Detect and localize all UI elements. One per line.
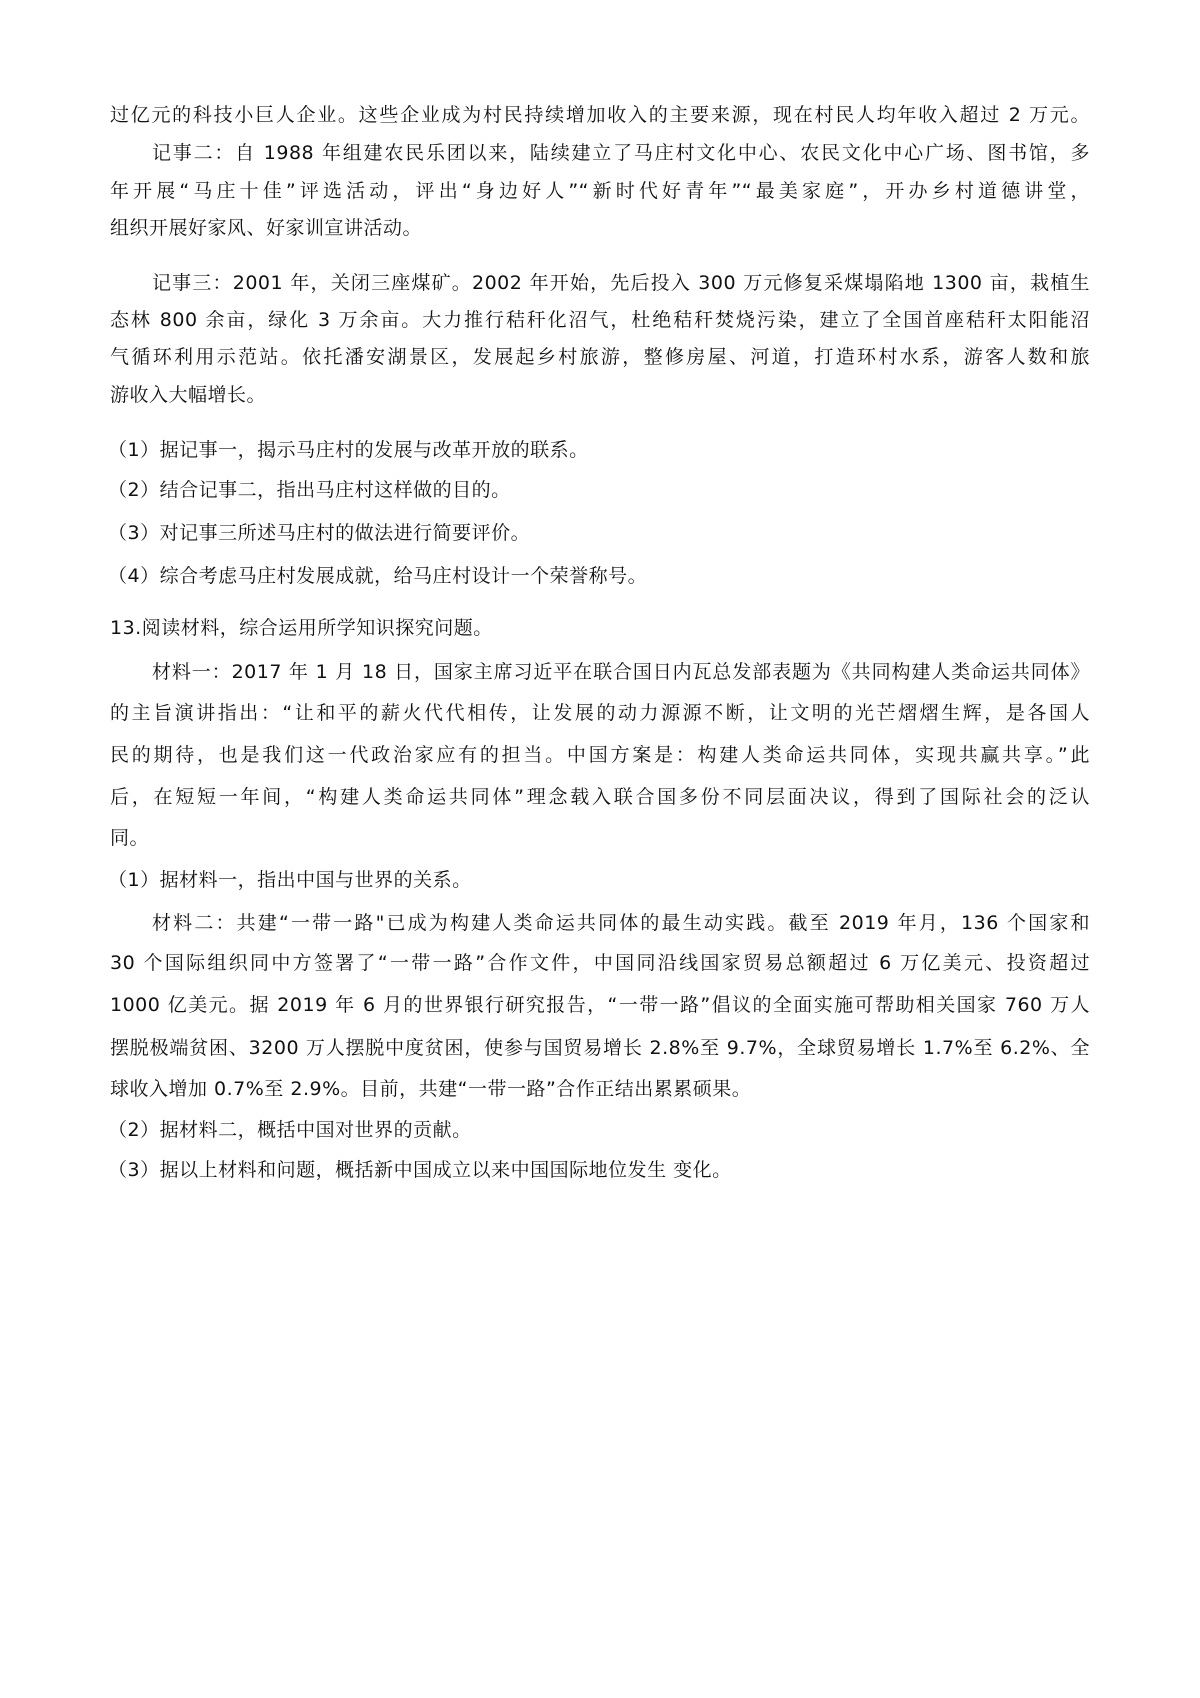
question-line: （3）据以上材料和问题，概括新中国成立以来中国国际地位发生 变化。 (108, 1157, 1088, 1183)
text-line: 1000 亿美元。据 2019 年 6 月的世界银行研究报告，“一带一路”倡议的… (110, 992, 1090, 1018)
text-line: 的主旨演讲指出：“让和平的薪火代代相传，让发展的动力源源不断，让文明的光芒熠熠生… (110, 700, 1090, 726)
question-line: （4）综合考虑马庄村发展成就，给马庄村设计一个荣誉称号。 (108, 563, 1088, 589)
question-line: （2）据材料二，概括中国对世界的贡献。 (108, 1117, 1088, 1143)
text-line: 30 个国际组织同中方签署了“一带一路”合作文件，中国同沿线国家贸易总额超过 6… (110, 950, 1090, 976)
text-line: 组织开展好家风、好家训宣讲活动。 (110, 215, 1090, 241)
text-line: 记事三：2001 年，关闭三座煤矿。2002 年开始，先后投入 300 万元修复… (152, 270, 1090, 296)
text-line: 同。 (110, 825, 1090, 851)
text-line: 态林 800 余亩，绿化 3 万余亩。大力推行秸秆化沼气，杜绝秸秆焚烧污染，建立… (110, 307, 1090, 333)
text-line: 民的期待，也是我们这一代政治家应有的担当。中国方案是：构建人类命运共同体，实现共… (110, 742, 1090, 768)
question-line: （1）据材料一，指出中国与世界的关系。 (108, 867, 1088, 893)
question-line: （3）对记事三所述马庄村的做法进行简要评价。 (108, 520, 1088, 546)
text-line: 13.阅读材料，综合运用所学知识探究问题。 (110, 615, 1090, 641)
text-line: 球收入增加 0.7%至 2.9%。目前，共建“一带一路”合作正结出累累硕果。 (110, 1076, 1090, 1102)
text-line: 后，在短短一年间，“构建人类命运共同体”理念载入联合国多份不同层面决议，得到了国… (110, 784, 1090, 810)
text-line: 气循环利用示范站。依托潘安湖景区，发展起乡村旅游，整修房屋、河道，打造环村水系，… (110, 344, 1090, 370)
text-line: 摆脱极端贫困、3200 万人摆脱中度贫困，使参与国贸易增长 2.8%至 9.7%… (110, 1035, 1090, 1061)
text-line: 材料二：共建“一带一路"已成为构建人类命运共同体的最生动实践。截至 2019 年… (152, 910, 1090, 936)
text-line: 过亿元的科技小巨人企业。这些企业成为村民持续增加收入的主要来源，现在村民人均年收… (110, 102, 1090, 128)
text-line: 材料一：2017 年 1 月 18 日，国家主席习近平在联合国日内瓦总发部表题为… (152, 659, 1090, 685)
text-line: 年开展“马庄十佳”评选活动，评出“身边好人”“新时代好青年”“最美家庭”，开办乡… (110, 178, 1090, 204)
question-line: （2）结合记事二，指出马庄村这样做的目的。 (108, 477, 1088, 503)
document-page: 过亿元的科技小巨人企业。这些企业成为村民持续增加收入的主要来源，现在村民人均年收… (0, 0, 1200, 1698)
question-line: （1）据记事一，揭示马庄村的发展与改革开放的联系。 (108, 437, 1088, 463)
text-line: 游收入大幅增长。 (110, 382, 1090, 408)
text-line: 记事二：自 1988 年组建农民乐团以来，陆续建立了马庄村文化中心、农民文化中心… (152, 140, 1090, 166)
